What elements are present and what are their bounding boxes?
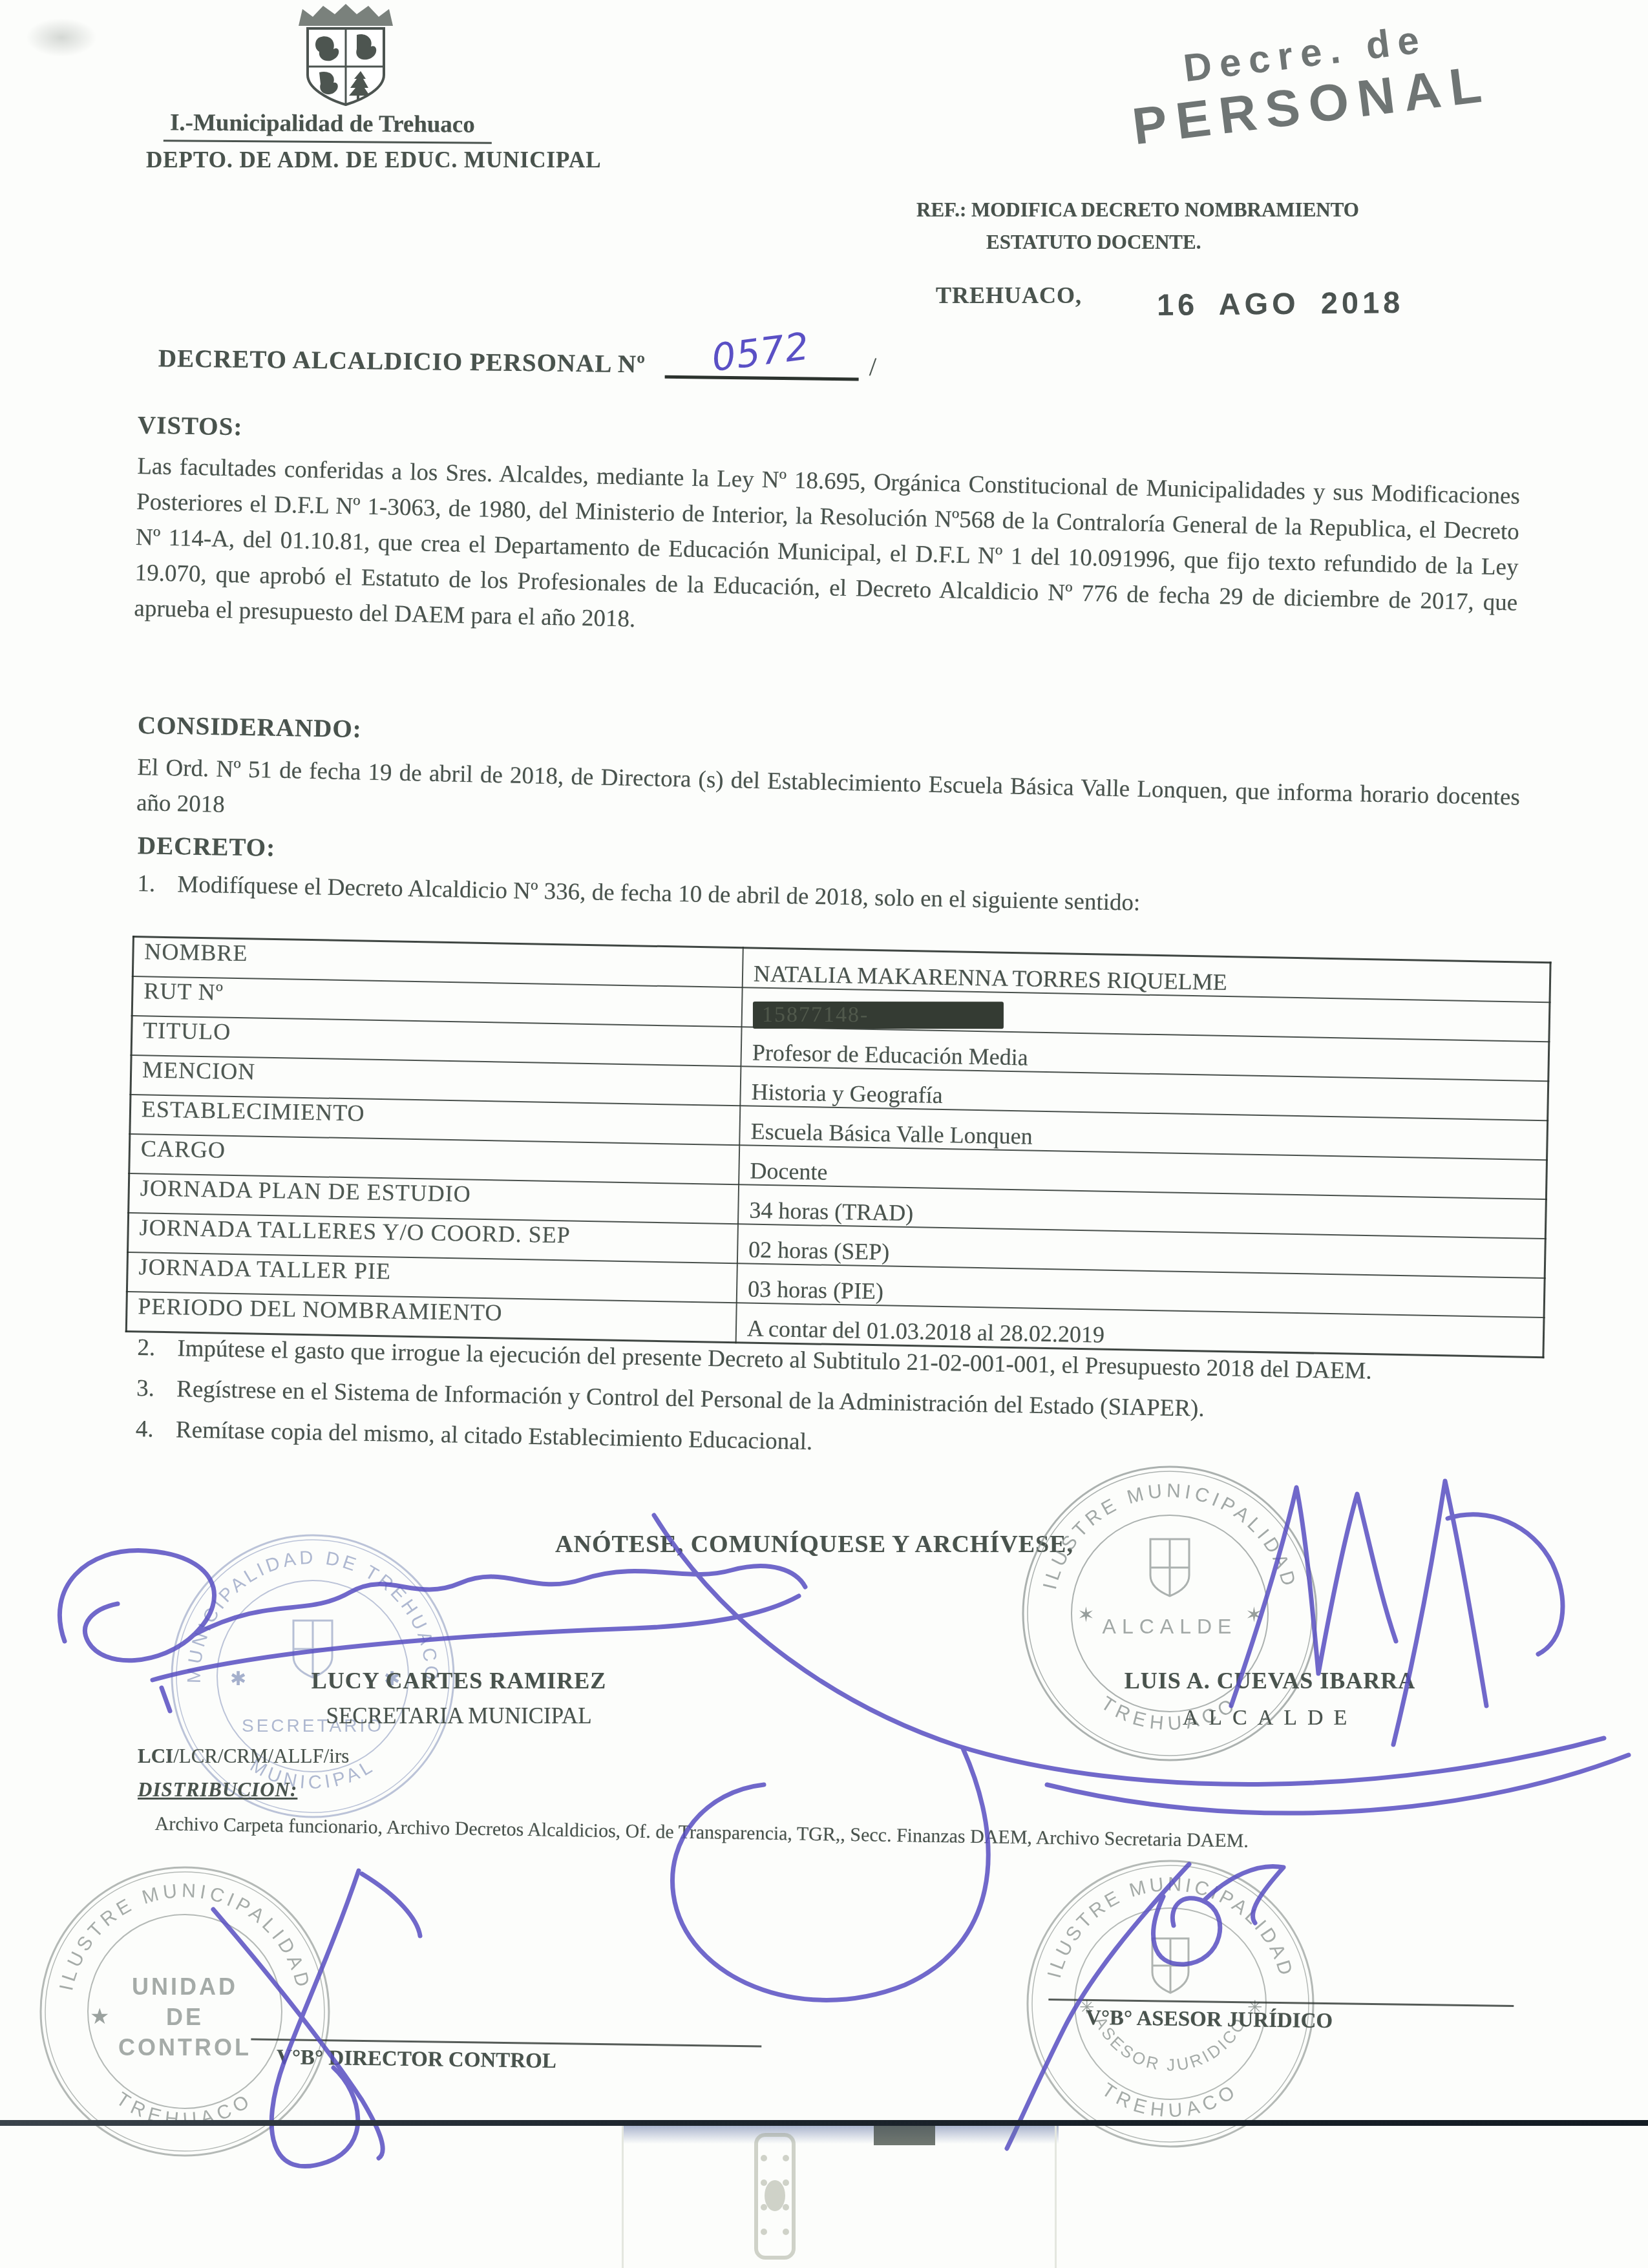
signature-control-3	[362, 1874, 420, 1936]
pen-signatures-overlay	[0, 0, 1648, 2268]
signature-secretaria-wave	[194, 1566, 805, 1635]
signature-secretaria	[59, 1551, 214, 1661]
scan-edge-shadow	[622, 2126, 1059, 2144]
signature-alcalde-sweep	[1047, 1755, 1629, 1813]
scanned-decree-page: I.-Municipalidad de Trehuaco DEPTO. DE A…	[0, 0, 1648, 2268]
scan-seam-left	[622, 2126, 624, 2268]
scan-artifact-tab	[874, 2126, 935, 2145]
signature-secretaria-underline	[153, 1596, 799, 1680]
scan-edge-line	[0, 2120, 1648, 2126]
scan-seam-right	[1055, 2126, 1057, 2268]
signature-juridico	[1007, 1864, 1189, 2148]
signature-alcalde	[1231, 1487, 1396, 1706]
signature-flourish-loop	[673, 1748, 989, 2000]
signature-juridico-2	[1154, 1896, 1220, 1964]
scan-artifact-ghost-icon	[745, 2132, 816, 2262]
signature-secretaria-tick	[162, 1688, 170, 1711]
signature-alcalde-2	[1393, 1481, 1486, 1745]
